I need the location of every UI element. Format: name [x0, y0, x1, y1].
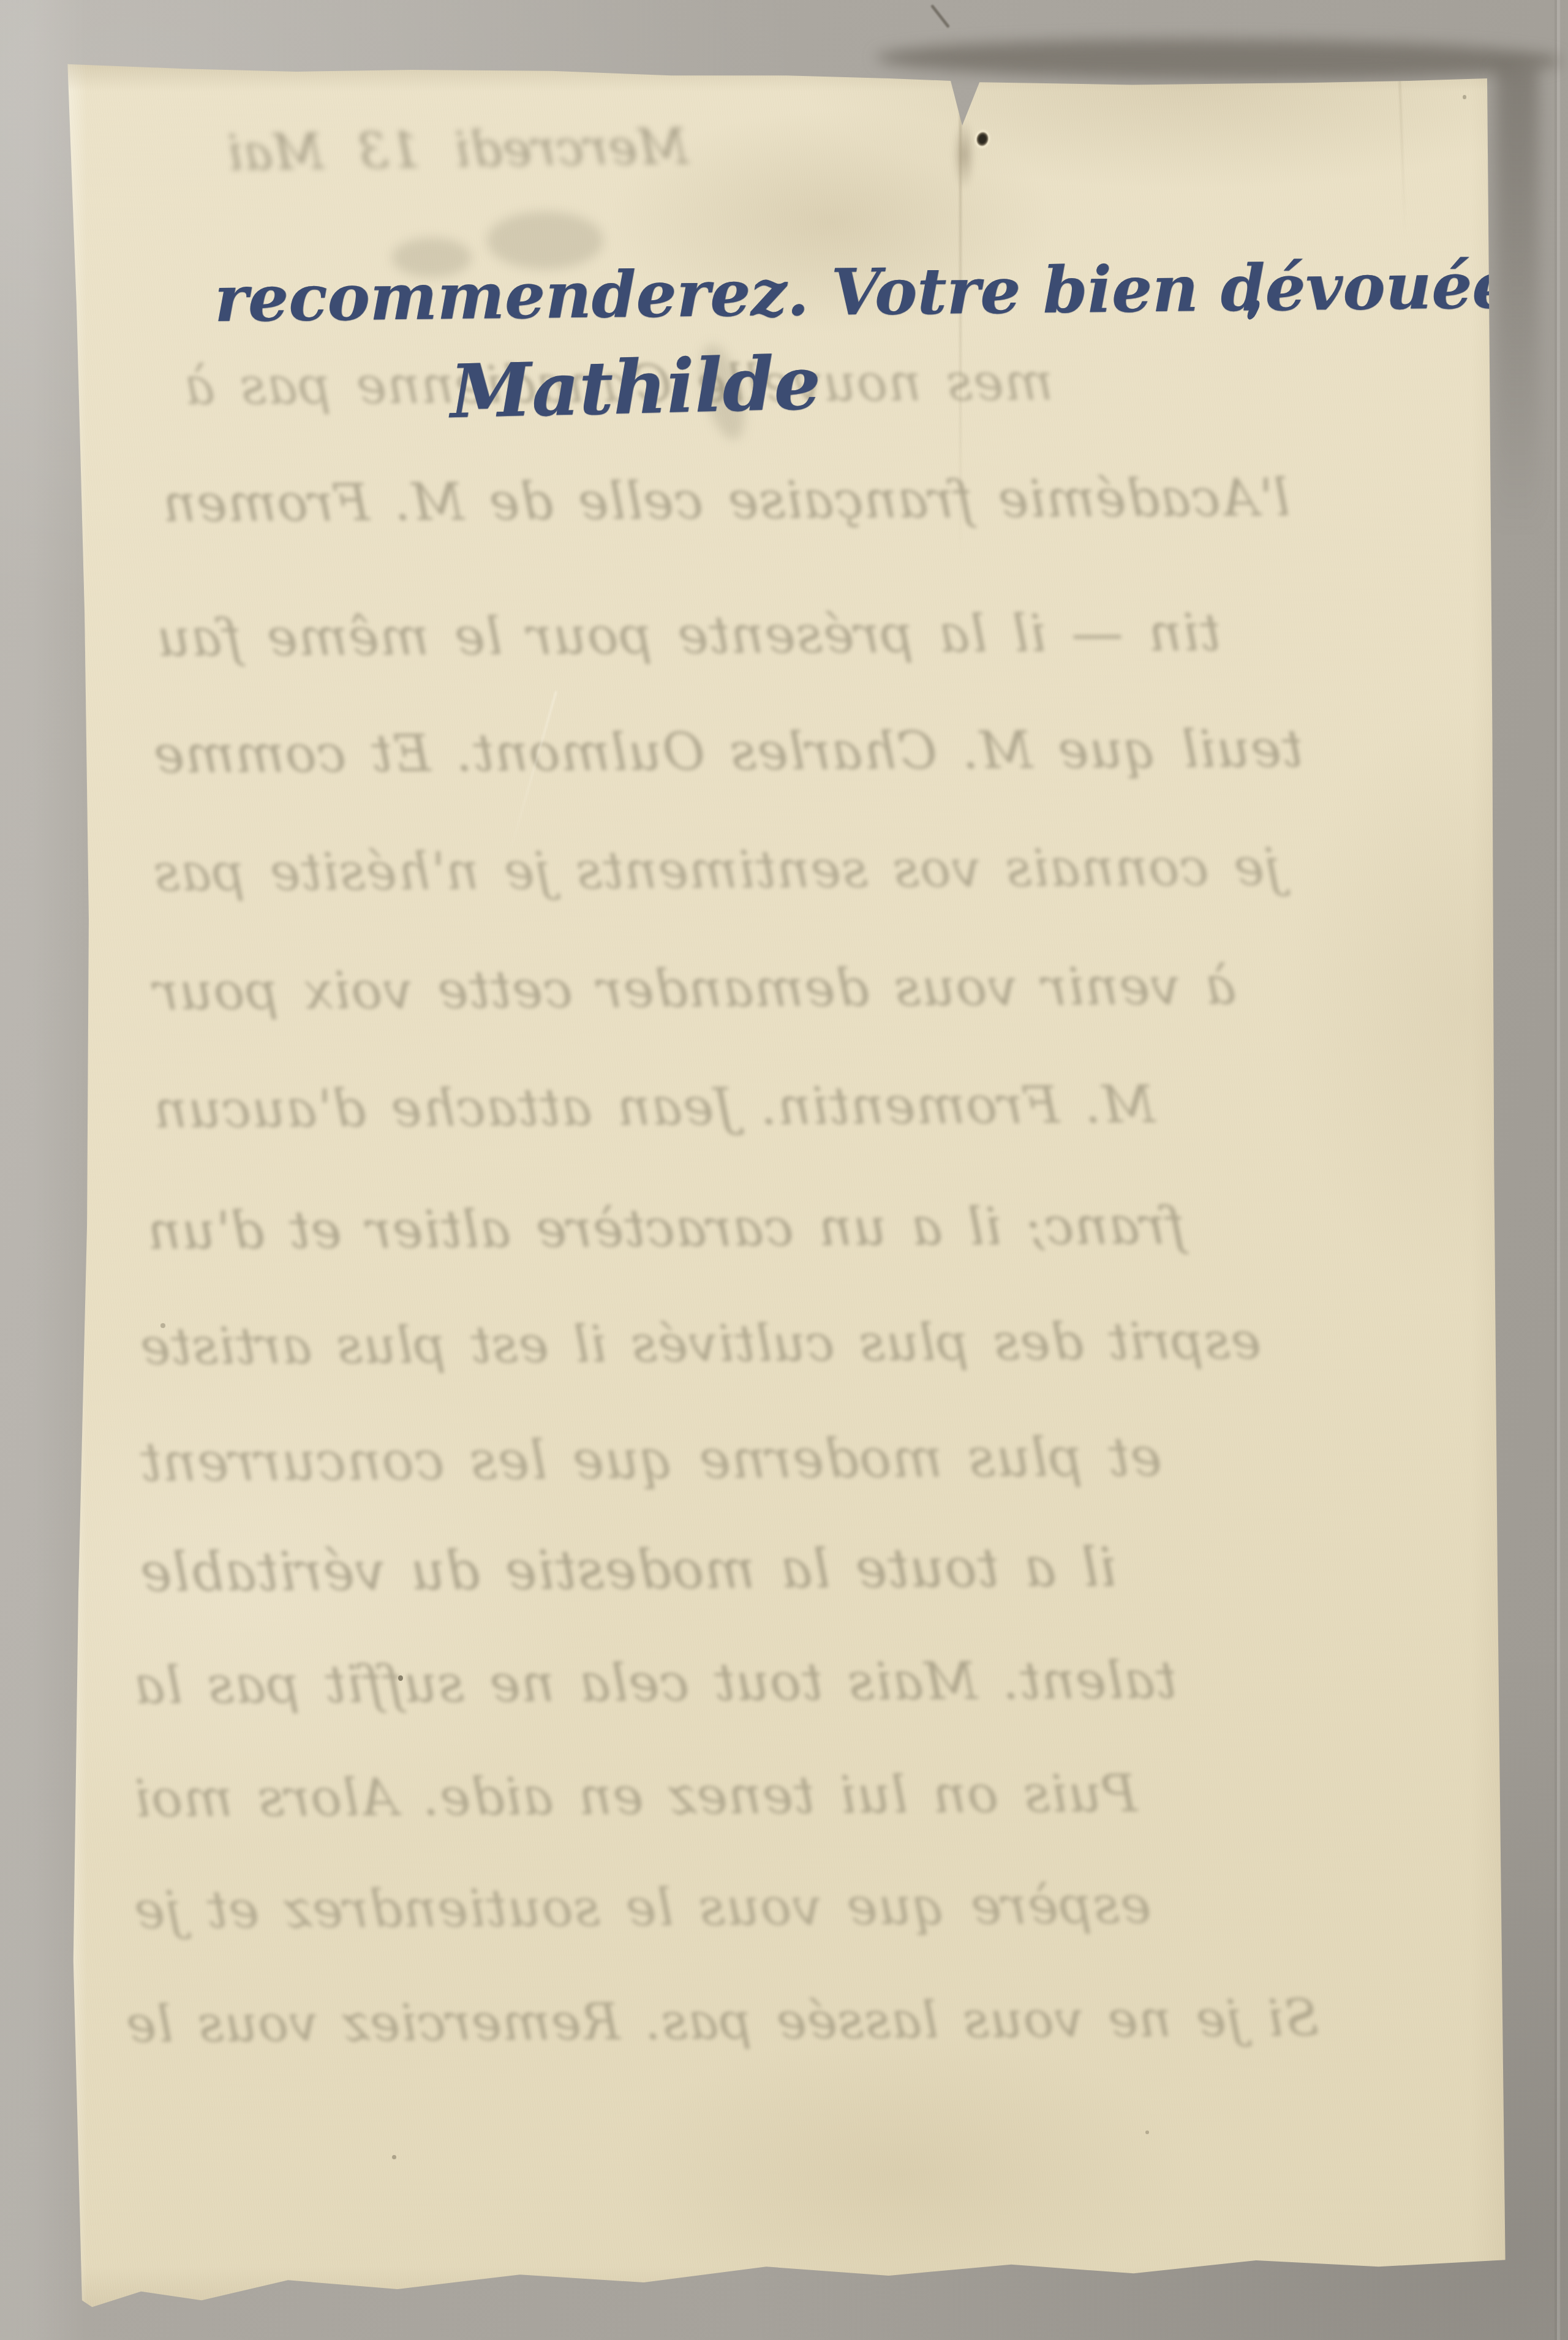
- paper-speck: [392, 2155, 396, 2159]
- closing-line: recommenderez. Votre bien dévouée: [214, 254, 1513, 331]
- bleed-line: je connais vos sentiments je n'hésite pa…: [153, 841, 1281, 899]
- pinhole: [967, 122, 997, 156]
- paper-speck: [398, 1675, 403, 1681]
- bleed-line: espère que vous le soutiendrez et je: [134, 1879, 1151, 1937]
- paper-right-shadow: [1496, 67, 1539, 533]
- letter-page: Mercredi 13 Mai mes nouvelle Canadienne …: [66, 63, 1507, 2309]
- signature: Mathilde: [450, 347, 821, 429]
- bleed-line-date: Mercredi 13 Mai: [226, 123, 688, 178]
- bleed-line: franc; il a un caractère altier et d'un: [147, 1200, 1185, 1258]
- paper-speck: [160, 1323, 165, 1328]
- letter-photo: Mercredi 13 Mai mes nouvelle Canadienne …: [0, 0, 1568, 2340]
- bleed-line: Si je ne vous lassée pas. Remerciez vous…: [126, 1993, 1319, 2050]
- bleed-line: tin — il la présente pour le même fau: [156, 606, 1221, 664]
- bleed-line: Puis on lui tenez en aide. Alors moi: [134, 1768, 1137, 1825]
- crease-mark: [1398, 75, 1406, 235]
- bleed-line: et plus moderne que les concurrent: [140, 1431, 1162, 1490]
- bleed-line: talent. Mais tout cela ne suffit pas la: [134, 1655, 1177, 1712]
- bleed-line: teuil que M. Charles Oulmont. Et comme: [153, 723, 1303, 781]
- paper-speck: [1463, 95, 1466, 99]
- bleed-line: l'Académie française celle de M. Fromen: [162, 472, 1290, 529]
- bleed-line: esprit des plus cultivés il est plus art…: [140, 1315, 1261, 1372]
- paper-speck: [1145, 2131, 1149, 2134]
- bleed-line: à venir vous demander cette voix pour: [153, 960, 1237, 1017]
- background-seam-line: [1555, 0, 1561, 2340]
- bleed-line: il a toute la modestie du véritable: [140, 1541, 1117, 1599]
- bleed-line: M. Fromentin. Jean attache d'aucun: [153, 1079, 1156, 1136]
